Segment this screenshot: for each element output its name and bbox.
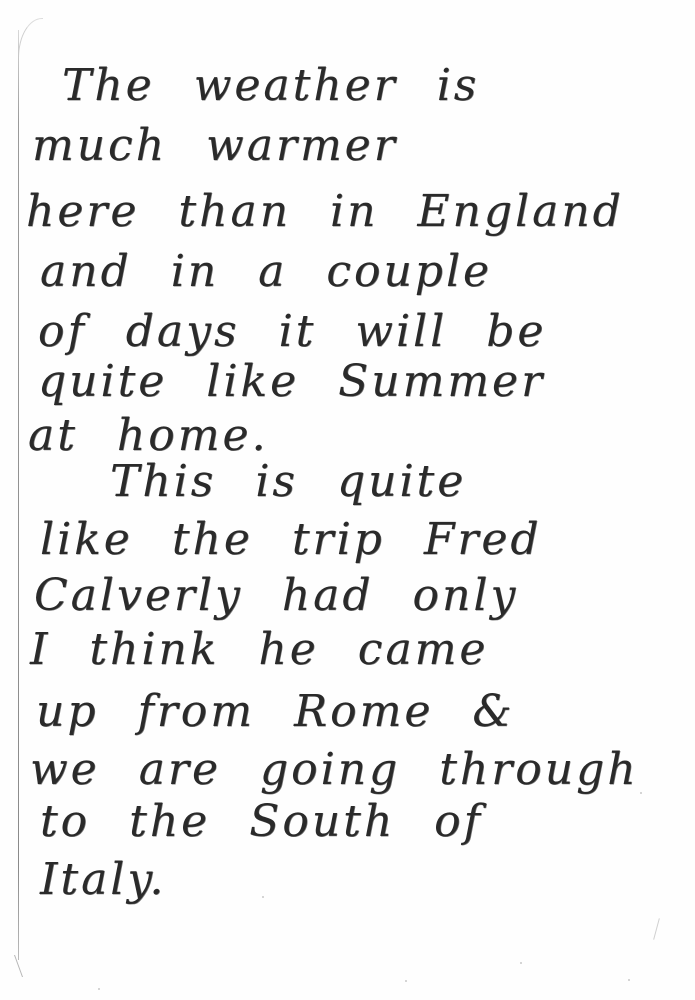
handwritten-line: up from Rome & <box>36 690 515 734</box>
handwritten-line: Italy. <box>40 858 166 902</box>
handwritten-line: of days it will be <box>38 310 546 354</box>
handwritten-line: here than in England <box>26 190 624 234</box>
handwritten-line: we are going through <box>30 748 639 792</box>
letter-page: The weather is much warmer here than in … <box>0 0 695 1000</box>
handwritten-line: like the trip Fred <box>40 518 542 562</box>
paper-speck <box>405 980 407 982</box>
paper-speck <box>520 962 522 964</box>
paper-speck <box>640 792 642 794</box>
paper-speck <box>262 896 264 898</box>
handwritten-line: quite like Summer <box>38 360 545 404</box>
handwritten-line: to the South of <box>40 800 483 844</box>
handwritten-line: Calverly had only <box>34 574 518 618</box>
paper-speck <box>98 988 100 990</box>
paper-speck <box>628 979 630 981</box>
handwritten-line: The weather is <box>62 64 479 108</box>
handwritten-line: much warmer <box>32 124 398 168</box>
page-edge-curl <box>14 955 33 977</box>
paper-mark <box>653 918 660 940</box>
handwritten-line: I think he came <box>30 628 488 672</box>
handwritten-line: This is quite <box>110 460 466 504</box>
page-left-edge <box>18 30 19 960</box>
handwritten-line: at home. <box>28 414 268 458</box>
handwritten-line: and in a couple <box>40 250 492 294</box>
page-edge-curl <box>18 18 43 59</box>
